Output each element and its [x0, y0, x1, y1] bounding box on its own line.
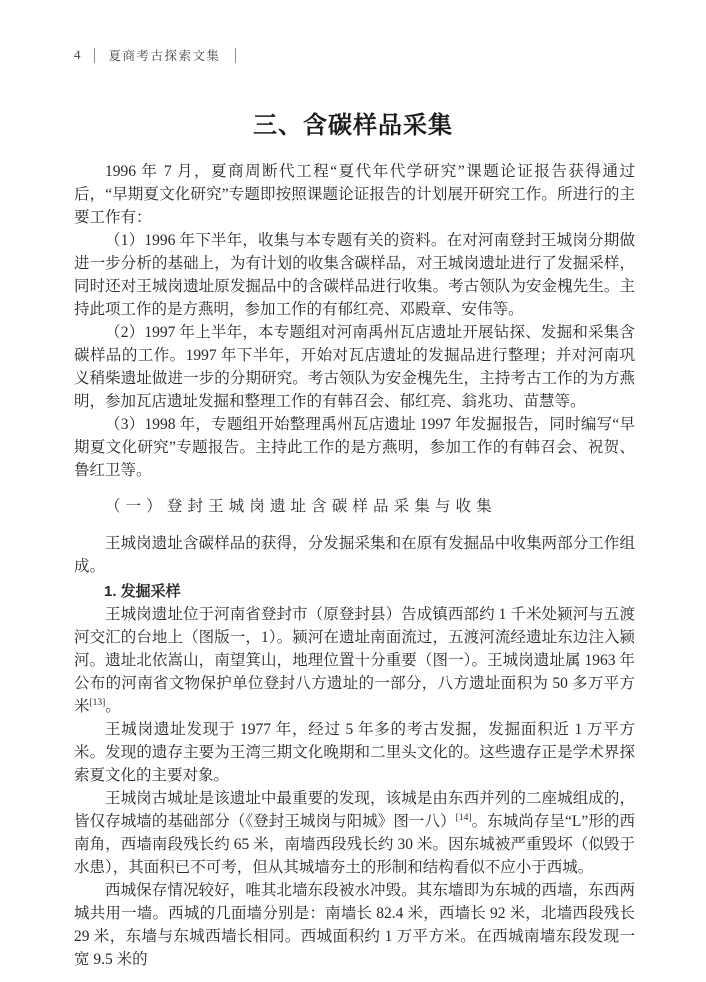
footnote-ref-13: [13] [90, 698, 106, 708]
paragraph-text: 王城岗遗址位于河南省登封市（原登封县）告成镇西部约 1 千米处颍河与五渡河交汇的… [74, 606, 635, 715]
city-site-paragraph: 王城岗古城址是该遗址中最重要的发现，该城是由东西并列的二座城组成的，皆仅存城墙的… [74, 787, 635, 879]
section-intro-paragraph: 王城岗遗址含碳样品的获得，分发掘采集和在原有发掘品中收集两部分工作组成。 [74, 532, 635, 578]
list-item-3: （3）1998 年，专题组开始整理禹州瓦店遗址 1997 年发掘报告，同时编写“… [74, 413, 635, 482]
header-divider [94, 48, 95, 63]
chapter-title: 三、含碳样品采集 [0, 105, 706, 140]
document-page: 4 夏商考古探索文集 三、含碳样品采集 1996 年 7 月，夏商周断代工程“夏… [0, 0, 706, 982]
list-item-2: （2）1997 年上半年，本专题组对河南禹州瓦店遗址开展钻探、发掘和采集含碳样品… [74, 321, 635, 413]
header-divider [235, 48, 236, 63]
list-item-1: （1）1996 年下半年，收集与本专题有关的资料。在对河南登封王城岗分期做进一步… [74, 229, 635, 321]
site-discovery-paragraph: 王城岗遗址发现于 1977 年，经过 5 年多的考古发掘，发掘面积近 1 万平方… [74, 718, 635, 787]
section-heading: （一）登封王城岗遗址含碳样品采集与收集 [74, 495, 635, 518]
page-number: 4 [74, 47, 81, 63]
body-text: 1996 年 7 月，夏商周断代工程“夏代年代学研究”课题论证报告获得通过后，“… [74, 160, 635, 971]
site-location-paragraph: 王城岗遗址位于河南省登封市（原登封县）告成镇西部约 1 千米处颍河与五渡河交汇的… [74, 603, 635, 718]
book-title: 夏商考古探索文集 [109, 46, 221, 64]
intro-paragraph: 1996 年 7 月，夏商周断代工程“夏代年代学研究”课题论证报告获得通过后，“… [74, 160, 635, 229]
paragraph-text: 。 [105, 698, 121, 715]
footnote-ref-14: [14] [456, 813, 472, 823]
subsection-heading: 1. 发掘采样 [74, 580, 635, 603]
page-header: 4 夏商考古探索文集 [74, 46, 236, 64]
west-city-paragraph: 西城保存情况较好，唯其北墙东段被水冲毁。其东墙即为东城的西墙，东西两城共用一墙。… [74, 879, 635, 971]
